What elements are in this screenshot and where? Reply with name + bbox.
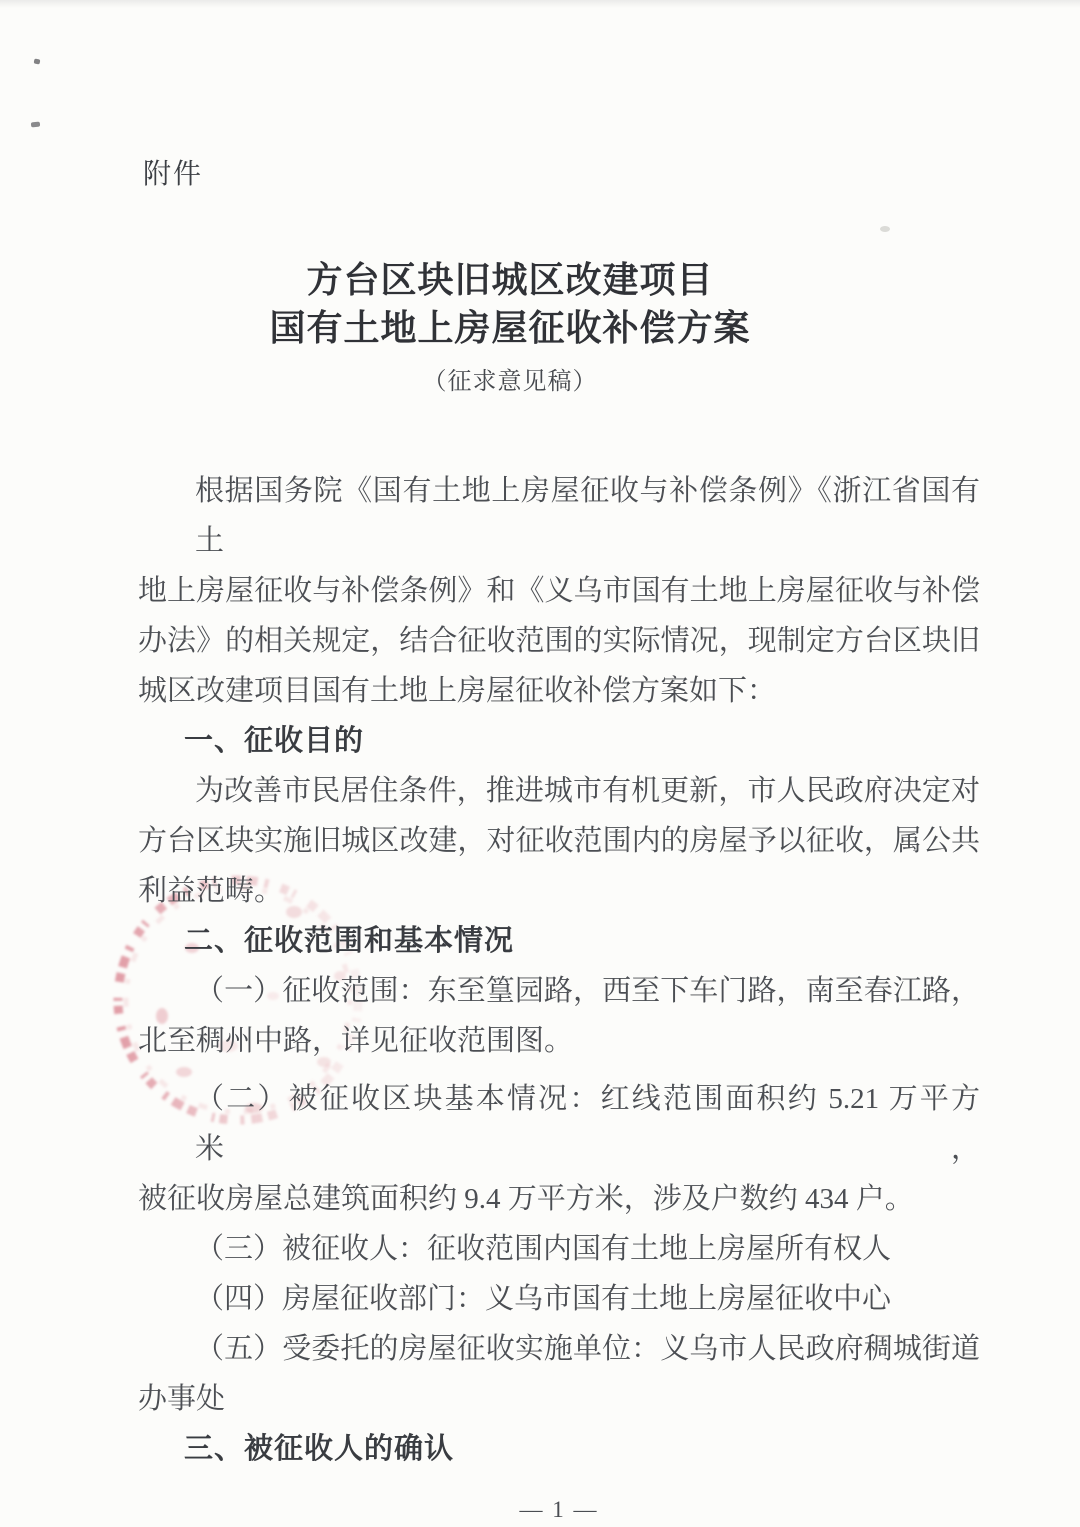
document-body: 根据国务院《国有土地上房屋征收与补偿条例》《浙江省国有土地上房屋征收与补偿条例》… xyxy=(138,466,980,1474)
attachment-label: 附件 xyxy=(138,156,980,192)
text-line: 利益范畴。 xyxy=(138,866,980,916)
section-heading: 一、征收目的 xyxy=(138,716,980,766)
text-line: （四）房屋征收部门：义乌市国有土地上房屋征收中心 xyxy=(138,1274,980,1324)
text-line: （五）受委托的房屋征收实施单位：义乌市人民政府稠城街道 xyxy=(138,1324,980,1374)
title-line-2: 国有土地上房屋征收补偿方案 xyxy=(89,304,931,352)
text-line: 根据国务院《国有土地上房屋征收与补偿条例》《浙江省国有土 xyxy=(138,466,980,566)
scan-speck xyxy=(31,122,40,128)
page-number: — 1 — xyxy=(138,1496,980,1524)
paragraph: 为改善市民居住条件，推进城市有机更新，市人民政府决定对方台区块实施旧城区改建，对… xyxy=(138,766,980,916)
section-heading: 三、被征收人的确认 xyxy=(138,1424,980,1474)
text-line: 被征收房屋总建筑面积约 9.4 万平方米，涉及户数约 434 户。 xyxy=(138,1174,980,1224)
scan-artifact-top-edge xyxy=(0,0,1080,8)
paragraph: （一）征收范围：东至篁园路，西至下车门路，南至春江路，北至稠州中路，详见征收范围… xyxy=(138,966,980,1066)
title-line-1: 方台区块旧城区改建项目 xyxy=(89,256,931,304)
paragraph: （五）受委托的房屋征收实施单位：义乌市人民政府稠城街道办事处 xyxy=(138,1324,980,1424)
text-line: 方台区块实施旧城区改建，对征收范围内的房屋予以征收，属公共 xyxy=(138,816,980,866)
document-title: 方台区块旧城区改建项目 国有土地上房屋征收补偿方案 xyxy=(89,256,931,352)
paragraph: 根据国务院《国有土地上房屋征收与补偿条例》《浙江省国有土地上房屋征收与补偿条例》… xyxy=(138,466,980,716)
document-page: 附件 方台区块旧城区改建项目 国有土地上房屋征收补偿方案 （征求意见稿） 根据国… xyxy=(0,0,1080,1527)
document-content: 附件 方台区块旧城区改建项目 国有土地上房屋征收补偿方案 （征求意见稿） 根据国… xyxy=(138,156,980,1524)
text-line: （二）被征收区块基本情况：红线范围面积约 5.21 万平方米， xyxy=(138,1074,980,1174)
text-line: 为改善市民居住条件，推进城市有机更新，市人民政府决定对 xyxy=(138,766,980,816)
paragraph: （二）被征收区块基本情况：红线范围面积约 5.21 万平方米，被征收房屋总建筑面… xyxy=(138,1074,980,1224)
scan-speck xyxy=(34,58,41,64)
section-heading: 二、征收范围和基本情况 xyxy=(138,916,980,966)
text-line: 办事处 xyxy=(138,1374,980,1424)
text-line: 城区改建项目国有土地上房屋征收补偿方案如下： xyxy=(138,666,980,716)
document-subtitle: （征求意见稿） xyxy=(89,364,931,400)
text-line: （三）被征收人：征收范围内国有土地上房屋所有权人 xyxy=(138,1224,980,1274)
text-line: 办法》的相关规定，结合征收范围的实际情况，现制定方台区块旧 xyxy=(138,616,980,666)
paragraph: （四）房屋征收部门：义乌市国有土地上房屋征收中心 xyxy=(138,1274,980,1324)
text-line: 北至稠州中路，详见征收范围图。 xyxy=(138,1016,980,1066)
text-line: 地上房屋征收与补偿条例》和《义乌市国有土地上房屋征收与补偿 xyxy=(138,566,980,616)
text-line: （一）征收范围：东至篁园路，西至下车门路，南至春江路， xyxy=(138,966,980,1016)
paragraph: （三）被征收人：征收范围内国有土地上房屋所有权人 xyxy=(138,1224,980,1274)
